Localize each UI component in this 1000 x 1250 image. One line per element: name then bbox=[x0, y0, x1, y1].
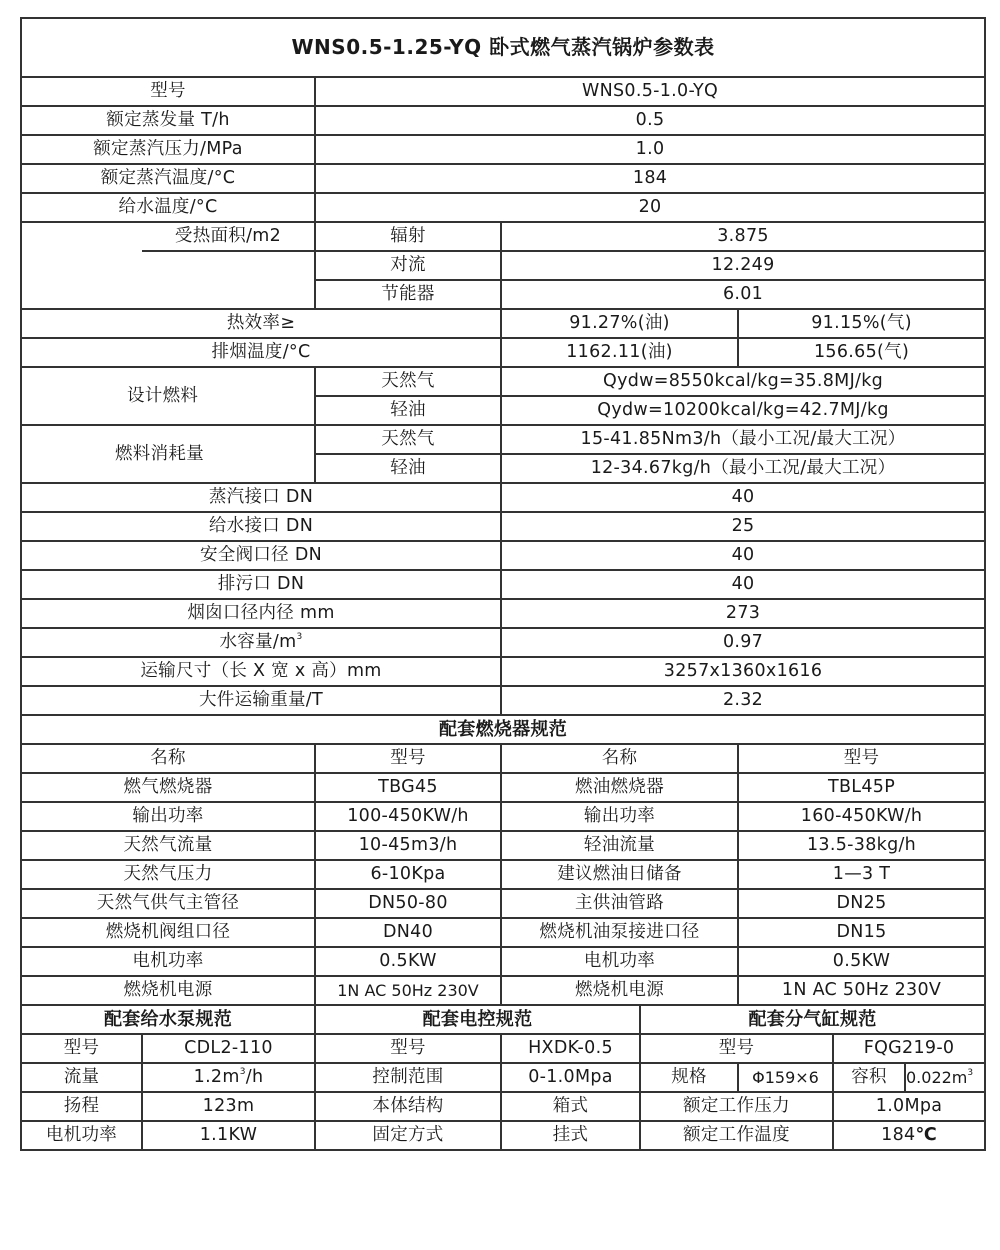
row-value-oil: 1162.11(油) bbox=[501, 338, 738, 367]
table-row: 额定蒸发量 T/h 0.5 bbox=[21, 106, 985, 135]
table-row: 热效率≥ 91.27%(油) 91.15%(气) bbox=[21, 309, 985, 338]
table-row: 排烟温度/°C 1162.11(油) 156.65(气) bbox=[21, 338, 985, 367]
row-value: 12-34.67kg/h（最小工况/最大工况） bbox=[501, 454, 985, 483]
cell: 100-450KW/h bbox=[315, 802, 501, 831]
cell: CDL2-110 bbox=[142, 1034, 315, 1063]
cell: 轻油流量 bbox=[501, 831, 738, 860]
cell: 额定工作压力 bbox=[640, 1092, 833, 1121]
burner-row: 燃烧机电源 1N AC 50Hz 230V 燃烧机电源 1N AC 50Hz 2… bbox=[21, 976, 985, 1005]
cell: 输出功率 bbox=[21, 802, 315, 831]
cell: 燃烧机电源 bbox=[501, 976, 738, 1005]
heating-area-label: 受热面积/m2 bbox=[142, 222, 315, 251]
cell-text: /h bbox=[246, 1067, 264, 1087]
accessory-row: 电机功率 1.1KW 固定方式 挂式 额定工作温度 184℃ bbox=[21, 1121, 985, 1150]
row-label: 型号 bbox=[21, 77, 315, 106]
cell: DN50-80 bbox=[315, 889, 501, 918]
burner-row: 电机功率 0.5KW 电机功率 0.5KW bbox=[21, 947, 985, 976]
cell: 13.5-38kg/h bbox=[738, 831, 985, 860]
cell: 流量 bbox=[21, 1063, 142, 1092]
cell: 160-450KW/h bbox=[738, 802, 985, 831]
row-sublabel: 轻油 bbox=[315, 396, 501, 425]
cell: 1.1KW bbox=[142, 1121, 315, 1150]
spacer bbox=[142, 251, 315, 280]
row-value-oil: 91.27%(油) bbox=[501, 309, 738, 338]
burner-row: 燃烧机阀组口径 DN40 燃烧机油泵接进口径 DN15 bbox=[21, 918, 985, 947]
row-value: 2.32 bbox=[501, 686, 985, 715]
cell: 1—3 T bbox=[738, 860, 985, 889]
row-sublabel: 天然气 bbox=[315, 367, 501, 396]
column-header: 名称 bbox=[501, 744, 738, 773]
table-row: 大件运输重量/T 2.32 bbox=[21, 686, 985, 715]
table-row: 安全阀口径 DN 40 bbox=[21, 541, 985, 570]
cell: 0.5KW bbox=[315, 947, 501, 976]
row-sublabel: 对流 bbox=[315, 251, 501, 280]
cell-text: 0.022m bbox=[906, 1068, 967, 1087]
cell: 电机功率 bbox=[21, 1121, 142, 1150]
cell: 10-45m3/h bbox=[315, 831, 501, 860]
table-row: 节能器 6.01 bbox=[21, 280, 985, 309]
cell: 电机功率 bbox=[501, 947, 738, 976]
cell: 燃油燃烧器 bbox=[501, 773, 738, 802]
cell: 184℃ bbox=[833, 1121, 985, 1150]
burner-row: 输出功率 100-450KW/h 输出功率 160-450KW/h bbox=[21, 802, 985, 831]
cell: 型号 bbox=[640, 1034, 833, 1063]
section-header-row: 配套给水泵规范 配套电控规范 配套分气缸规范 bbox=[21, 1005, 985, 1034]
cell: 1N AC 50Hz 230V bbox=[315, 976, 501, 1005]
cell: 箱式 bbox=[501, 1092, 640, 1121]
row-label: 安全阀口径 DN bbox=[21, 541, 501, 570]
cell: 输出功率 bbox=[501, 802, 738, 831]
cell: TBL45P bbox=[738, 773, 985, 802]
cell: 型号 bbox=[315, 1034, 501, 1063]
table-row: 设计燃料 天然气 Qydw=8550kcal/kg=35.8MJ/kg bbox=[21, 367, 985, 396]
cell: 建议燃油日储备 bbox=[501, 860, 738, 889]
table-row: 燃料消耗量 天然气 15-41.85Nm3/h（最小工况/最大工况） bbox=[21, 425, 985, 454]
row-sublabel: 轻油 bbox=[315, 454, 501, 483]
row-value: 20 bbox=[315, 193, 985, 222]
table-row: 排污口 DN 40 bbox=[21, 570, 985, 599]
row-value: 0.5 bbox=[315, 106, 985, 135]
superscript: 3 bbox=[967, 1068, 973, 1078]
cell: 1.0Mpa bbox=[833, 1092, 985, 1121]
water-volume-label: 水容量/m bbox=[220, 632, 297, 652]
table-row: 对流 12.249 bbox=[21, 251, 985, 280]
row-value-gas: 156.65(气) bbox=[738, 338, 985, 367]
row-label: 运输尺寸（长 X 宽 x 高）mm bbox=[21, 657, 501, 686]
column-header: 名称 bbox=[21, 744, 315, 773]
cell: DN25 bbox=[738, 889, 985, 918]
row-value-gas: 91.15%(气) bbox=[738, 309, 985, 338]
cell: 主供油管路 bbox=[501, 889, 738, 918]
cell: 1.2m3/h bbox=[142, 1063, 315, 1092]
spacer bbox=[142, 280, 315, 309]
burner-row: 天然气流量 10-45m3/h 轻油流量 13.5-38kg/h bbox=[21, 831, 985, 860]
pump-section-title: 配套给水泵规范 bbox=[21, 1005, 315, 1034]
burner-row: 燃气燃烧器 TBG45 燃油燃烧器 TBL45P bbox=[21, 773, 985, 802]
cell: 燃气燃烧器 bbox=[21, 773, 315, 802]
table-row: 运输尺寸（长 X 宽 x 高）mm 3257x1360x1616 bbox=[21, 657, 985, 686]
cell: 燃烧机油泵接进口径 bbox=[501, 918, 738, 947]
row-label: 给水接口 DN bbox=[21, 512, 501, 541]
cell: 天然气流量 bbox=[21, 831, 315, 860]
cell: 规格 bbox=[640, 1063, 738, 1092]
design-fuel-label: 设计燃料 bbox=[21, 367, 315, 425]
cell: 挂式 bbox=[501, 1121, 640, 1150]
cell: 燃烧机阀组口径 bbox=[21, 918, 315, 947]
table-row: 蒸汽接口 DN 40 bbox=[21, 483, 985, 512]
table-title: WNS0.5-1.25-YQ 卧式燃气蒸汽锅炉参数表 bbox=[21, 18, 985, 77]
row-label: 烟囱口径内径 mm bbox=[21, 599, 501, 628]
table-row: 给水接口 DN 25 bbox=[21, 512, 985, 541]
row-sublabel: 节能器 bbox=[315, 280, 501, 309]
table-row: 型号 WNS0.5-1.0-YQ bbox=[21, 77, 985, 106]
cell: 1N AC 50Hz 230V bbox=[738, 976, 985, 1005]
table-row: 水容量/m3 0.97 bbox=[21, 628, 985, 657]
row-label: 排烟温度/°C bbox=[21, 338, 501, 367]
row-value: 0.97 bbox=[501, 628, 985, 657]
row-value: 184 bbox=[315, 164, 985, 193]
row-label: 水容量/m3 bbox=[21, 628, 501, 657]
burner-row: 天然气供气主管径 DN50-80 主供油管路 DN25 bbox=[21, 889, 985, 918]
row-value: Qydw=10200kcal/kg=42.7MJ/kg bbox=[501, 396, 985, 425]
cell: 本体结构 bbox=[315, 1092, 501, 1121]
burner-row: 天然气压力 6-10Kpa 建议燃油日储备 1—3 T bbox=[21, 860, 985, 889]
cell-text: 184 bbox=[881, 1125, 915, 1145]
row-value: 40 bbox=[501, 541, 985, 570]
cell: 123m bbox=[142, 1092, 315, 1121]
cell: 额定工作温度 bbox=[640, 1121, 833, 1150]
cell: 天然气供气主管径 bbox=[21, 889, 315, 918]
cell: 型号 bbox=[21, 1034, 142, 1063]
row-label: 排污口 DN bbox=[21, 570, 501, 599]
column-header: 型号 bbox=[738, 744, 985, 773]
row-label: 大件运输重量/T bbox=[21, 686, 501, 715]
accessory-row: 型号 CDL2-110 型号 HXDK-0.5 型号 FQG219-0 bbox=[21, 1034, 985, 1063]
cell: TBG45 bbox=[315, 773, 501, 802]
column-header: 型号 bbox=[315, 744, 501, 773]
row-label: 额定蒸汽温度/°C bbox=[21, 164, 315, 193]
cell: 0.5KW bbox=[738, 947, 985, 976]
row-value: 40 bbox=[501, 570, 985, 599]
cell: 0.022m3 bbox=[905, 1063, 985, 1092]
cell: 扬程 bbox=[21, 1092, 142, 1121]
unit-text: ℃ bbox=[915, 1125, 937, 1145]
table-row: 额定蒸汽温度/°C 184 bbox=[21, 164, 985, 193]
cylinder-section-title: 配套分气缸规范 bbox=[640, 1005, 985, 1034]
row-value: 3257x1360x1616 bbox=[501, 657, 985, 686]
section-header-row: 配套燃烧器规范 bbox=[21, 715, 985, 744]
cell: Φ159×6 bbox=[738, 1063, 833, 1092]
row-label: 蒸汽接口 DN bbox=[21, 483, 501, 512]
cell: 电机功率 bbox=[21, 947, 315, 976]
superscript: 3 bbox=[296, 632, 302, 642]
table-row: 给水温度/°C 20 bbox=[21, 193, 985, 222]
table-row: 烟囱口径内径 mm 273 bbox=[21, 599, 985, 628]
row-value: 1.0 bbox=[315, 135, 985, 164]
row-value: Qydw=8550kcal/kg=35.8MJ/kg bbox=[501, 367, 985, 396]
row-value: 15-41.85Nm3/h（最小工况/最大工况） bbox=[501, 425, 985, 454]
cell: 0-1.0Mpa bbox=[501, 1063, 640, 1092]
burner-section-title: 配套燃烧器规范 bbox=[21, 715, 985, 744]
row-value: 273 bbox=[501, 599, 985, 628]
row-value: WNS0.5-1.0-YQ bbox=[315, 77, 985, 106]
row-label: 额定蒸汽压力/MPa bbox=[21, 135, 315, 164]
cell-text: 1.2m bbox=[194, 1067, 240, 1087]
row-label: 额定蒸发量 T/h bbox=[21, 106, 315, 135]
cell: 容积 bbox=[833, 1063, 905, 1092]
row-value: 40 bbox=[501, 483, 985, 512]
burner-header-row: 名称 型号 名称 型号 bbox=[21, 744, 985, 773]
cell: FQG219-0 bbox=[833, 1034, 985, 1063]
cell: 燃烧机电源 bbox=[21, 976, 315, 1005]
row-sublabel: 天然气 bbox=[315, 425, 501, 454]
table-row: 受热面积/m2 辐射 3.875 bbox=[21, 222, 985, 251]
row-sublabel: 辐射 bbox=[315, 222, 501, 251]
accessory-row: 流量 1.2m3/h 控制范围 0-1.0Mpa 规格 Φ159×6 容积 0.… bbox=[21, 1063, 985, 1092]
cell: DN40 bbox=[315, 918, 501, 947]
control-section-title: 配套电控规范 bbox=[315, 1005, 640, 1034]
cell: 6-10Kpa bbox=[315, 860, 501, 889]
cell: DN15 bbox=[738, 918, 985, 947]
row-value: 25 bbox=[501, 512, 985, 541]
boiler-parameter-table: WNS0.5-1.25-YQ 卧式燃气蒸汽锅炉参数表 型号 WNS0.5-1.0… bbox=[20, 17, 986, 1151]
row-label: 热效率≥ bbox=[21, 309, 501, 338]
row-value: 6.01 bbox=[501, 280, 985, 309]
fuel-consumption-label: 燃料消耗量 bbox=[21, 425, 315, 483]
accessory-row: 扬程 123m 本体结构 箱式 额定工作压力 1.0Mpa bbox=[21, 1092, 985, 1121]
row-value: 3.875 bbox=[501, 222, 985, 251]
row-label: 给水温度/°C bbox=[21, 193, 315, 222]
cell: 固定方式 bbox=[315, 1121, 501, 1150]
cell: 天然气压力 bbox=[21, 860, 315, 889]
heating-area-label bbox=[21, 222, 142, 309]
table-row: 额定蒸汽压力/MPa 1.0 bbox=[21, 135, 985, 164]
cell: 控制范围 bbox=[315, 1063, 501, 1092]
row-value: 12.249 bbox=[501, 251, 985, 280]
cell: HXDK-0.5 bbox=[501, 1034, 640, 1063]
